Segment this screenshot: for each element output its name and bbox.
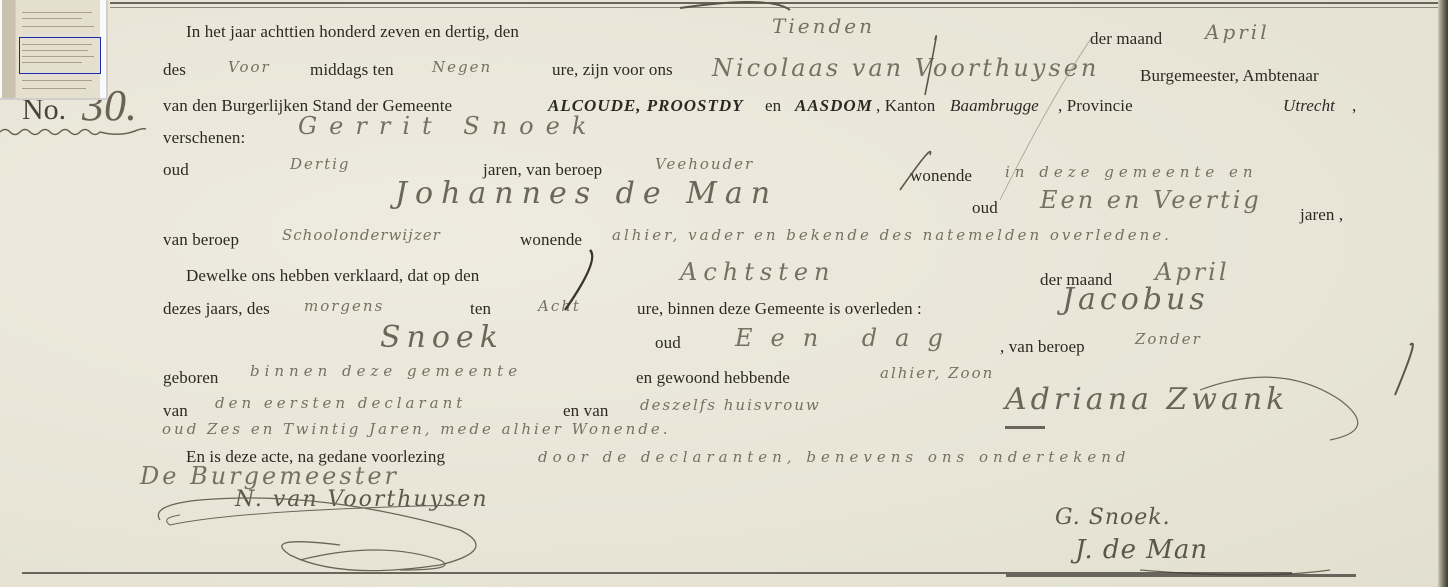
hw-deceased-last: Snoek [380,320,504,355]
hw-month: April [1205,20,1270,44]
hw-hour: Negen [432,58,492,76]
printed-en: en [765,96,781,116]
hw-residence: alhier, Zoon [880,364,994,382]
printed-line1-end: der maand [1090,29,1162,49]
printed-aasdom: AASDOM [795,96,873,116]
printed-line7a: van beroep [163,230,239,250]
hw-deceased-age: Een dag [735,324,961,352]
printed-line3-end: , [1352,96,1356,116]
printed-line12a: van [163,401,188,421]
page-navigator[interactable] [0,0,108,100]
printed-line9c: ure, binnen deze Gemeente is overleden : [637,299,922,319]
printed-line11a: geboren [163,368,218,388]
hw-declarant2-name: Johannes de Man [395,176,778,211]
printed-line7b: wonende [520,230,582,250]
hw-birthplace: binnen deze gemeente [250,362,522,380]
closing-dash [1005,426,1045,429]
printed-kanton-name: Baambrugge [950,96,1039,116]
printed-line1: In het jaar achttien honderd zeven en de… [186,22,519,42]
printed-line2d: Burgemeester, Ambtenaar [1140,66,1319,86]
printed-line6b: jaren , [1300,205,1343,225]
printed-line9a: dezes jaars, des [163,299,270,319]
printed-line6a: oud [972,198,998,218]
printed-line5c: wonende [910,166,972,186]
bottom-rule-bold [1006,574,1356,577]
hw-declarant1-occupation: Veehouder [655,155,754,173]
printed-line2c: ure, zijn voor ons [552,60,673,80]
printed-provincie: , Provincie [1058,96,1133,116]
top-rule-thin [110,7,1440,8]
printed-line2b: middags ten [310,60,394,80]
hw-death-part-of-day: morgens [304,297,384,315]
hw-mayor-title: De Burgemeester [140,462,399,490]
signature-declarant2: J. de Man [1075,535,1208,565]
printed-line5a: oud [163,160,189,180]
hw-declarant1-name: Gerrit Snoek [298,112,598,140]
hw-declarant2-age: Een en Veertig [1040,186,1262,214]
hw-declarant2-residence: alhier, vader en bekende des natemelden … [612,226,1172,244]
hw-deceased-first: Jacobus [1062,282,1209,317]
hw-day: Tienden [772,14,875,38]
signature-declarant1: G. Snoek. [1055,505,1171,530]
hw-death-day: Achtsten [680,258,836,286]
hw-declarant1-age: Dertig [290,155,351,173]
top-rule [110,2,1440,4]
hw-official: Nicolaas van Voorthuysen [712,54,1099,82]
mayor-signature: N. van Voorthuysen [235,487,489,512]
document-scan: No. 30. In het jaar achttien honderd zev… [0,0,1448,587]
hw-closing: door de declaranten, benevens ons ondert… [538,448,1130,466]
printed-line10a: oud [655,333,681,353]
printed-line10b: , van beroep [1000,337,1085,357]
hw-deceased-occupation: Zonder [1135,330,1202,348]
pen-strokes-icon [0,0,1448,587]
page-edge [1438,0,1448,587]
printed-provincie-name: Utrecht [1283,96,1335,116]
hw-father: den eersten declarant [215,394,466,412]
navigator-viewport-box[interactable] [19,37,101,74]
hw-mother-details: oud Zes en Twintig Jaren, mede alhier Wo… [162,420,671,438]
printed-line12b: en van [563,401,608,421]
printed-line11b: en gewoond hebbende [636,368,790,388]
printed-line8a: Dewelke ons hebben verklaard, dat op den [186,266,479,286]
hw-mother-relation: deszelfs huisvrouw [640,396,821,414]
hw-declarant2-occupation: Schoolonderwijzer [282,226,441,244]
printed-line2a: des [163,60,186,80]
hw-death-hour: Acht [538,297,581,315]
hw-mother-name: Adriana Zwank [1005,382,1288,417]
hw-part-of-day: Voor [228,58,271,76]
decorative-squiggle-icon [0,125,150,139]
hw-declarant1-residence: in deze gemeente en [1005,163,1258,181]
printed-verschenen: verschenen: [163,128,245,148]
printed-kanton: , Kanton [876,96,935,116]
printed-line9b: ten [470,299,491,319]
